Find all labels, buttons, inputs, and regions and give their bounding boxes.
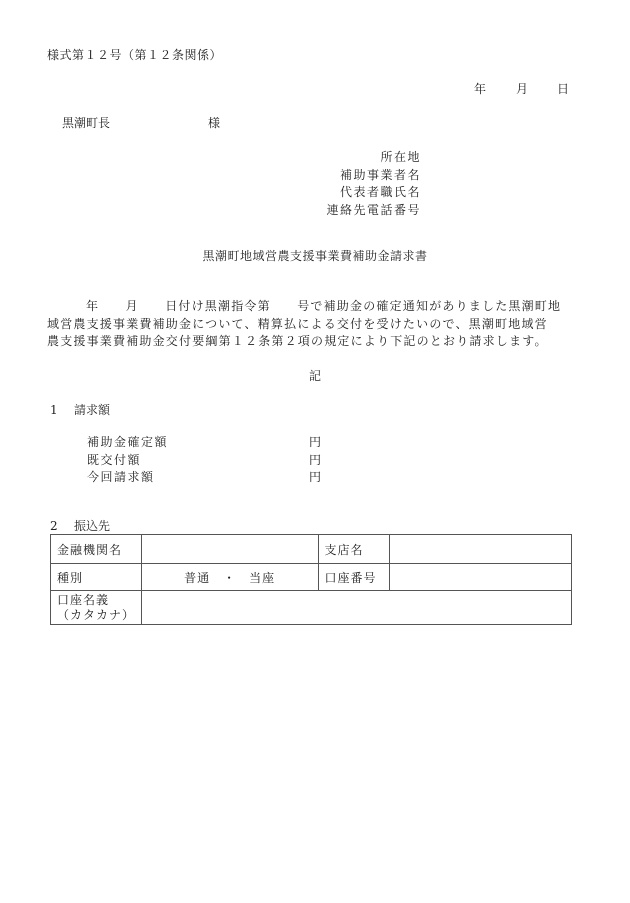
bank-transfer-table: 金融機関名 支店名 種別 普通 ・ 当座 口座番号 口座名義 （カタカナ） (50, 534, 572, 625)
date-day: 日 (557, 82, 569, 96)
account-type-label: 種別 (51, 564, 142, 591)
document-title: 黒潮町地域営農支援事業費補助金請求書 (0, 249, 630, 263)
bank-name-field[interactable] (141, 535, 318, 564)
amount-list: 補助金確定額 円 既交付額 円 今回請求額 円 (87, 434, 327, 487)
amount-unit: 円 (309, 434, 321, 452)
applicant-phone-label: 連絡先電話番号 (326, 202, 421, 220)
section-1-number: 1 (50, 403, 74, 417)
applicant-representative-label: 代表者職氏名 (326, 184, 421, 202)
body-line-3: 農支援事業費補助金交付要綱第１２条第２項の規定により下記のとおり請求します。 (47, 333, 561, 351)
body-line-1: 年 月 日付け黒潮指令第 号で補助金の確定通知がありました黒潮町地 (59, 298, 561, 316)
ki-heading: 記 (309, 369, 321, 383)
body-line-2: 域営農支援事業費補助金について、精算払による交付を受けたいので、黒潮町地域営 (47, 316, 561, 334)
applicant-business-name-label: 補助事業者名 (326, 167, 421, 185)
section-1-heading: 1請求額 (50, 403, 110, 417)
branch-name-field[interactable] (390, 535, 572, 564)
table-row: 金融機関名 支店名 (51, 535, 572, 564)
applicant-block: 所在地 補助事業者名 代表者職氏名 連絡先電話番号 (326, 149, 421, 219)
account-holder-label-line1: 口座名義 (57, 593, 141, 608)
table-row: 口座名義 （カタカナ） (51, 591, 572, 625)
amount-label: 補助金確定額 (87, 435, 168, 449)
account-holder-field[interactable] (141, 591, 571, 625)
body-paragraph: 年 月 日付け黒潮指令第 号で補助金の確定通知がありました黒潮町地 域営農支援事… (59, 298, 561, 351)
section-2-number: 2 (50, 519, 74, 533)
addressee-honorific: 様 (208, 116, 220, 130)
addressee-name: 黒潮町長 (62, 116, 110, 130)
amount-row-already-paid: 既交付額 円 (87, 452, 327, 470)
form-number: 様式第１２号（第１２条関係） (47, 48, 222, 62)
account-number-field[interactable] (390, 564, 572, 591)
date-year: 年 (474, 82, 516, 96)
amount-label: 既交付額 (87, 453, 141, 467)
branch-name-label: 支店名 (318, 535, 390, 564)
date-line: 年月日 (474, 82, 569, 96)
section-2-title: 振込先 (74, 519, 110, 533)
section-1-title: 請求額 (74, 403, 110, 417)
amount-row-this-request: 今回請求額 円 (87, 469, 327, 487)
amount-unit: 円 (309, 469, 321, 487)
date-month: 月 (516, 82, 557, 96)
amount-unit: 円 (309, 452, 321, 470)
account-number-label: 口座番号 (318, 564, 390, 591)
section-2-heading: 2振込先 (50, 519, 110, 533)
table-row: 種別 普通 ・ 当座 口座番号 (51, 564, 572, 591)
amount-row-confirmed: 補助金確定額 円 (87, 434, 327, 452)
bank-name-label: 金融機関名 (51, 535, 142, 564)
account-holder-label: 口座名義 （カタカナ） (51, 591, 142, 625)
applicant-address-label: 所在地 (326, 149, 421, 167)
account-type-options[interactable]: 普通 ・ 当座 (141, 564, 318, 591)
amount-label: 今回請求額 (87, 470, 155, 484)
account-holder-label-line2: （カタカナ） (57, 608, 141, 623)
